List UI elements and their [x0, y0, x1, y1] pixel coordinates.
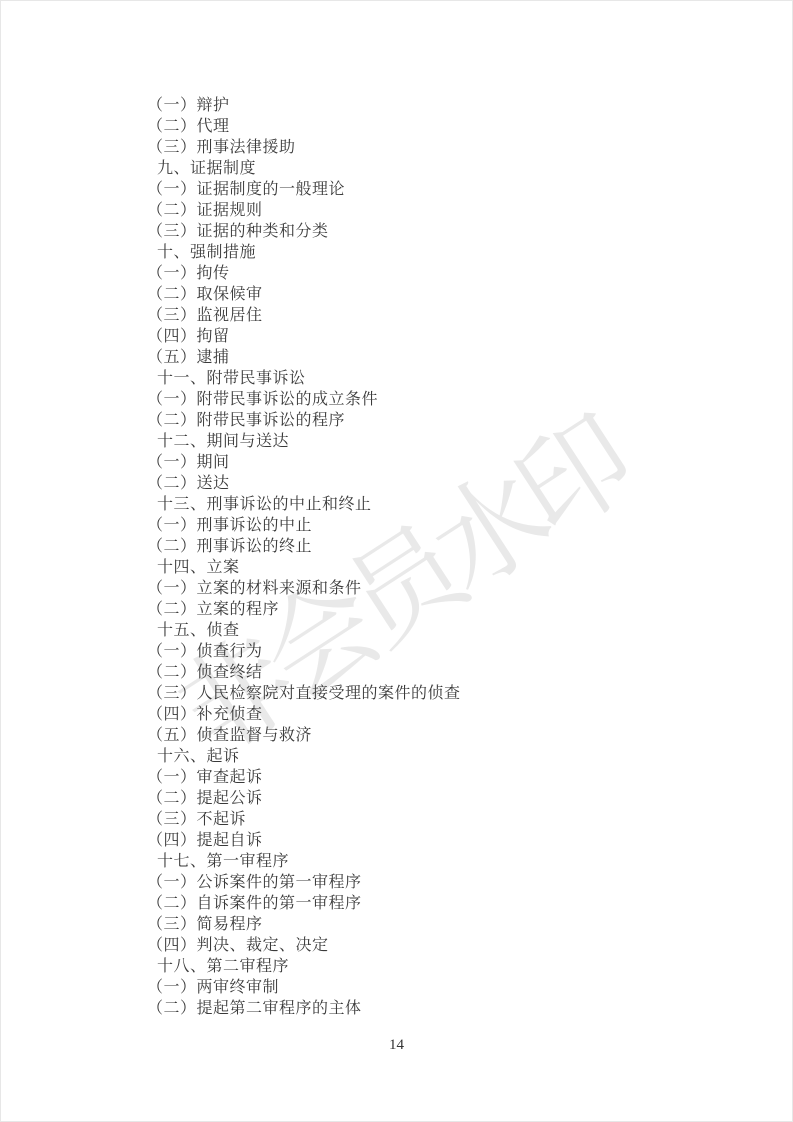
toc-item-line: （四）拘留	[147, 326, 752, 347]
document-page: 非会员水印 （一）辩护（二）代理（三）刑事法律援助九、证据制度（一）证据制度的一…	[0, 0, 793, 1122]
toc-section-line: 十四、立案	[157, 557, 752, 578]
toc-item-line: （三）人民检察院对直接受理的案件的侦查	[147, 683, 752, 704]
page-number: 14	[1, 1037, 792, 1054]
toc-item-line: （一）刑事诉讼的中止	[147, 515, 752, 536]
toc-item-line: （四）判决、裁定、决定	[147, 935, 752, 956]
toc-item-line: （四）提起自诉	[147, 830, 752, 851]
toc-item-line: （二）取保候审	[147, 284, 752, 305]
toc-section-line: 十、强制措施	[157, 242, 752, 263]
toc-item-line: （二）刑事诉讼的终止	[147, 536, 752, 557]
toc-section-line: 十五、侦查	[157, 620, 752, 641]
toc-item-line: （四）补充侦查	[147, 704, 752, 725]
toc-item-line: （三）刑事法律援助	[147, 137, 752, 158]
toc-item-line: （三）不起诉	[147, 809, 752, 830]
toc-item-line: （一）辩护	[147, 95, 752, 116]
toc-section-line: 十一、附带民事诉讼	[157, 368, 752, 389]
toc-item-line: （二）立案的程序	[147, 599, 752, 620]
toc-item-line: （二）提起第二审程序的主体	[147, 998, 752, 1019]
toc-item-line: （一）审查起诉	[147, 767, 752, 788]
toc-section-line: 十六、起诉	[157, 746, 752, 767]
toc-section-line: 十八、第二审程序	[157, 956, 752, 977]
toc-item-line: （二）证据规则	[147, 200, 752, 221]
toc-item-line: （一）侦查行为	[147, 641, 752, 662]
toc-item-line: （五）侦查监督与救济	[147, 725, 752, 746]
toc-item-line: （二）附带民事诉讼的程序	[147, 410, 752, 431]
toc-item-line: （一）立案的材料来源和条件	[147, 578, 752, 599]
toc-item-line: （一）期间	[147, 452, 752, 473]
toc-item-line: （二）提起公诉	[147, 788, 752, 809]
toc-list: （一）辩护（二）代理（三）刑事法律援助九、证据制度（一）证据制度的一般理论（二）…	[147, 95, 752, 1019]
toc-item-line: （一）两审终审制	[147, 977, 752, 998]
toc-item-line: （三）简易程序	[147, 914, 752, 935]
toc-item-line: （二）自诉案件的第一审程序	[147, 893, 752, 914]
toc-section-line: 十三、刑事诉讼的中止和终止	[157, 494, 752, 515]
toc-item-line: （一）公诉案件的第一审程序	[147, 872, 752, 893]
toc-item-line: （二）侦查终结	[147, 662, 752, 683]
toc-section-line: 九、证据制度	[157, 158, 752, 179]
toc-item-line: （二）代理	[147, 116, 752, 137]
toc-item-line: （一）附带民事诉讼的成立条件	[147, 389, 752, 410]
toc-item-line: （一）拘传	[147, 263, 752, 284]
toc-item-line: （一）证据制度的一般理论	[147, 179, 752, 200]
toc-item-line: （二）送达	[147, 473, 752, 494]
toc-section-line: 十二、期间与送达	[157, 431, 752, 452]
toc-section-line: 十七、第一审程序	[157, 851, 752, 872]
toc-item-line: （三）监视居住	[147, 305, 752, 326]
toc-item-line: （五）逮捕	[147, 347, 752, 368]
toc-item-line: （三）证据的种类和分类	[147, 221, 752, 242]
